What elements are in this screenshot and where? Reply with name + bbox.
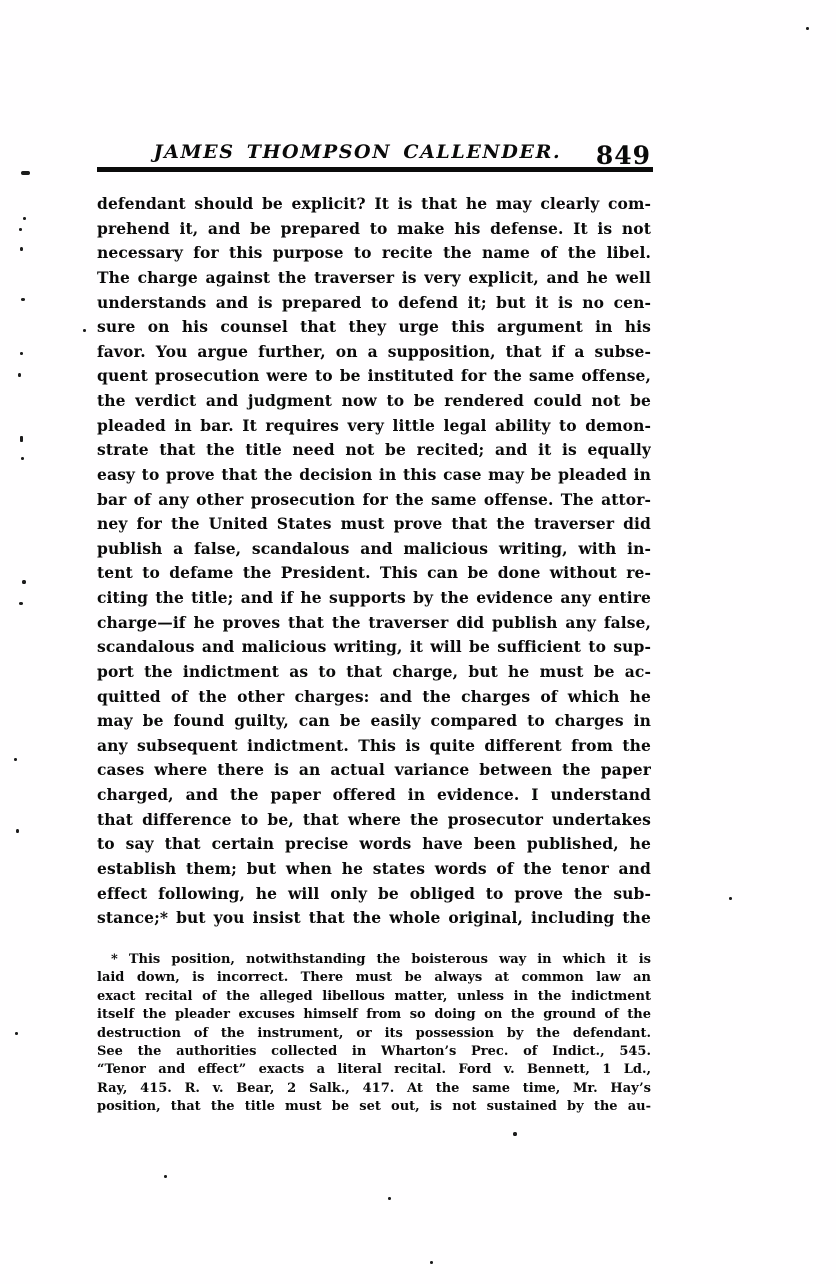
- scan-speck: [21, 171, 30, 175]
- body-text-line: tent to defame the President. This can b…: [97, 561, 651, 586]
- body-text: defendant should be explicit? It is that…: [97, 192, 651, 931]
- page-number: 849: [596, 141, 651, 170]
- body-text-line: necessary for this purpose to recite the…: [97, 241, 651, 266]
- body-text-line: prehend it, and be prepared to make his …: [97, 217, 651, 242]
- body-text-line: cases where there is an actual variance …: [97, 758, 651, 783]
- scan-speck: [20, 352, 23, 355]
- scan-speck: [23, 217, 26, 220]
- body-text-line: charged, and the paper offered in eviden…: [97, 783, 651, 808]
- scan-speck: [806, 27, 809, 30]
- scan-speck: [18, 373, 21, 377]
- body-text-line: pleaded in bar. It requires very little …: [97, 414, 651, 439]
- body-text-line: citing the title; and if he supports by …: [97, 586, 651, 611]
- scan-speck: [83, 329, 86, 332]
- scan-speck: [430, 1261, 433, 1264]
- body-text-line: that difference to be, that where the pr…: [97, 808, 651, 833]
- body-text-line: easy to prove that the decision in this …: [97, 463, 651, 488]
- body-text-line: any subsequent indictment. This is quite…: [97, 734, 651, 759]
- footnote-line: exact recital of the alleged libellous m…: [97, 988, 651, 1006]
- body-text-line: quitted of the other charges: and the ch…: [97, 685, 651, 710]
- body-text-line: scandalous and malicious writing, it wil…: [97, 635, 651, 660]
- footnote-line: itself the pleader excuses himself from …: [97, 1006, 651, 1024]
- body-text-line: bar of any other prosecution for the sam…: [97, 488, 651, 513]
- body-text-line: ney for the United States must prove tha…: [97, 512, 651, 537]
- body-text-line: The charge against the traverser is very…: [97, 266, 651, 291]
- footnote-line: “Tenor and effect” exacts a literal reci…: [97, 1061, 651, 1079]
- body-text-line: establish them; but when he states words…: [97, 857, 651, 882]
- body-text-line: strate that the title need not be recite…: [97, 438, 651, 463]
- scan-speck: [14, 758, 17, 761]
- body-text-line: quent prosecution were to be instituted …: [97, 364, 651, 389]
- body-text-line: favor. You argue further, on a suppositi…: [97, 340, 651, 365]
- body-text-line: charge—if he proves that the traverser d…: [97, 611, 651, 636]
- footnote-line: See the authorities collected in Wharton…: [97, 1043, 651, 1061]
- footnote-line: laid down, is incorrect. There must be a…: [97, 969, 651, 987]
- header-rule: [97, 167, 653, 172]
- scan-speck: [388, 1197, 391, 1200]
- body-text-line: understands and is prepared to defend it…: [97, 291, 651, 316]
- scan-speck: [15, 1032, 18, 1035]
- scan-speck: [19, 602, 23, 605]
- scan-speck: [513, 1132, 517, 1136]
- body-text-line: the verdict and judgment now to be rende…: [97, 389, 651, 414]
- scan-speck: [164, 1175, 167, 1178]
- body-text-line: publish a false, scandalous and maliciou…: [97, 537, 651, 562]
- running-head-title: JAMES THOMPSON CALLENDER.: [154, 141, 562, 163]
- scan-speck: [19, 228, 22, 231]
- scan-speck: [21, 298, 25, 301]
- book-page: JAMES THOMPSON CALLENDER. 849 defendant …: [0, 0, 836, 1284]
- body-text-line: effect following, he will only be oblige…: [97, 882, 651, 907]
- body-text-line: may be found guilty, can be easily compa…: [97, 709, 651, 734]
- footnote: * This position, notwithstanding the boi…: [97, 951, 651, 1117]
- scan-speck: [20, 436, 23, 442]
- scan-speck: [729, 897, 732, 900]
- body-text-line: sure on his counsel that they urge this …: [97, 315, 651, 340]
- scan-speck: [22, 580, 26, 584]
- scan-speck: [20, 247, 23, 251]
- body-text-line: defendant should be explicit? It is that…: [97, 192, 651, 217]
- footnote-line: * This position, notwithstanding the boi…: [97, 951, 651, 969]
- footnote-line: Ray, 415. R. v. Bear, 2 Salk., 417. At t…: [97, 1080, 651, 1098]
- scan-speck: [16, 829, 19, 833]
- footnote-line: position, that the title must be set out…: [97, 1098, 651, 1116]
- footnote-line: destruction of the instrument, or its po…: [97, 1025, 651, 1043]
- scan-speck: [21, 457, 24, 460]
- body-text-line: stance;* but you insist that the whole o…: [97, 906, 651, 931]
- body-text-line: to say that certain precise words have b…: [97, 832, 651, 857]
- body-text-line: port the indictment as to that charge, b…: [97, 660, 651, 685]
- running-head: JAMES THOMPSON CALLENDER. 849: [97, 134, 651, 166]
